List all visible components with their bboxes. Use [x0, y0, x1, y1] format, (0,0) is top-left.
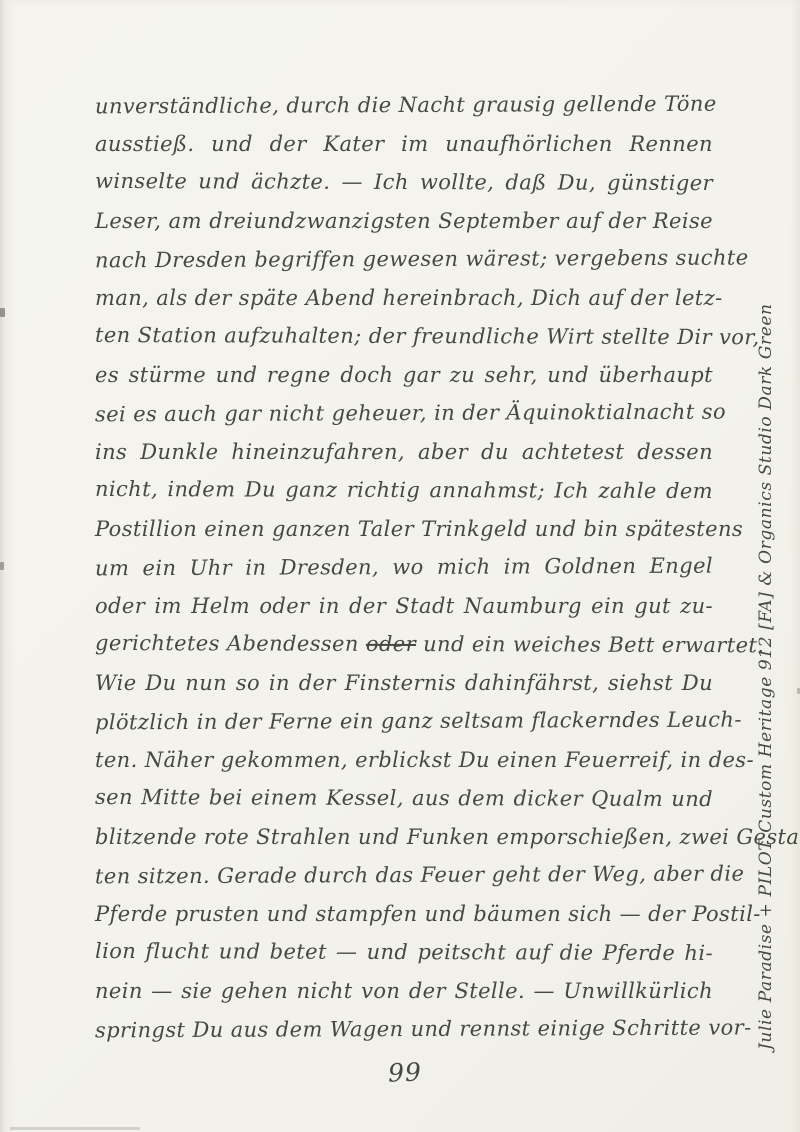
- manuscript-line: ausstieß. und der Kater im unaufhörliche…: [95, 125, 713, 164]
- manuscript-line: ten sitzen. Gerade durch das Feuer geht …: [95, 855, 713, 896]
- manuscript-line: nach Dresden begriffen gewesen wärest; v…: [95, 239, 713, 280]
- manuscript-line: ten. Näher gekommen, erblickst Du einen …: [95, 741, 713, 780]
- scan-speck: [0, 562, 4, 570]
- struck-out-word: oder: [366, 632, 416, 656]
- manuscript-line: nein — sie gehen nicht von der Stelle. —…: [95, 972, 713, 1011]
- manuscript-line: plötzlich in der Ferne ein ganz seltsam …: [95, 701, 713, 742]
- manuscript-line: Postillion einen ganzen Taler Trinkgeld …: [95, 510, 713, 549]
- manuscript-line: ten Station aufzuhalten; der freundliche…: [95, 316, 713, 357]
- scan-speck: [0, 308, 5, 317]
- manuscript-line: springst Du aus dem Wagen und rennst ein…: [95, 1009, 713, 1050]
- manuscript-line: oder im Helm oder in der Stadt Naumburg …: [95, 587, 713, 626]
- scan-edge-shadow: [10, 1127, 140, 1130]
- scanned-page: unverständliche, durch die Nacht grausig…: [0, 0, 800, 1132]
- manuscript-line: blitzende rote Strahlen und Funken empor…: [95, 818, 713, 857]
- manuscript-line: man, als der späte Abend hereinbrach, Di…: [95, 279, 713, 318]
- manuscript-line: Pferde prusten und stampfen und bäumen s…: [95, 895, 713, 934]
- manuscript-line: Wie Du nun so in der Finsternis dahinfäh…: [95, 664, 713, 703]
- manuscript-line: sen Mitte bei einem Kessel, aus dem dick…: [95, 778, 713, 819]
- manuscript-line: lion flucht und betet — und peitscht auf…: [95, 932, 713, 973]
- manuscript-line: winselte und ächzte. — Ich wollte, daß D…: [95, 162, 713, 203]
- manuscript-line: Leser, am dreiundzwanzigsten September a…: [95, 202, 713, 241]
- manuscript-line: es stürme und regne doch gar zu sehr, un…: [95, 356, 713, 395]
- manuscript-line: ins Dunkle hineinzufahren, aber du achte…: [95, 433, 713, 472]
- manuscript-line: unverständliche, durch die Nacht grausig…: [95, 85, 713, 126]
- manuscript-text: unverständliche, durch die Nacht grausig…: [95, 86, 713, 1049]
- manuscript-line: sei es auch gar nicht geheuer, in der Äq…: [95, 393, 713, 434]
- manuscript-line: nicht, indem Du ganz richtig annahmst; I…: [95, 470, 713, 511]
- manuscript-line: gerichtetes Abendessen oder und ein weic…: [95, 624, 713, 665]
- page-number: 99: [0, 1044, 800, 1101]
- manuscript-line: um ein Uhr in Dresden, wo mich im Goldne…: [95, 547, 713, 588]
- margin-note-pen-ink: Julie Paradise + PILOT Custom Heritage 9…: [756, 292, 776, 1050]
